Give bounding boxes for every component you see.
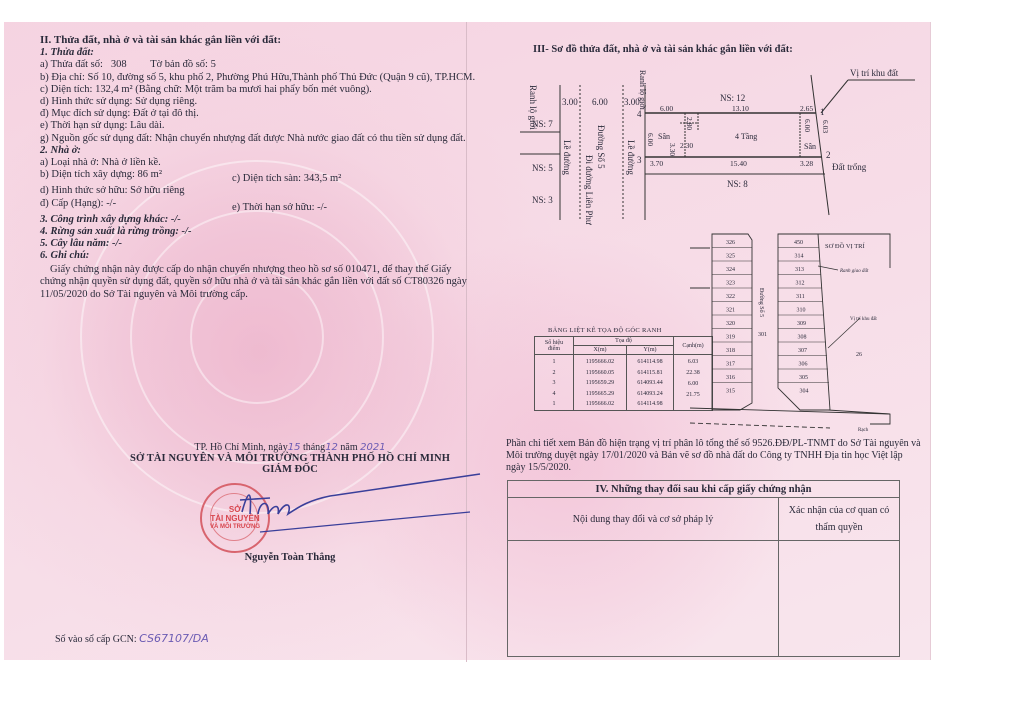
svg-text:26: 26 bbox=[856, 352, 862, 358]
svg-text:3.30: 3.30 bbox=[668, 143, 677, 156]
house-grade: đ) Cấp (Hạng): -/- bbox=[40, 198, 232, 214]
svg-text:3.28: 3.28 bbox=[800, 159, 813, 168]
svg-text:NS: 5: NS: 5 bbox=[532, 163, 553, 173]
build-area: b) Diện tích xây dựng: 86 m² bbox=[40, 169, 232, 185]
reference-note: Phần chi tiết xem Bản đồ hiện trạng vị t… bbox=[506, 438, 921, 474]
issue-date: TP. Hồ Chí Minh, ngày15 tháng12 năm 2021 bbox=[120, 442, 460, 453]
svg-text:315: 315 bbox=[726, 389, 735, 395]
address: b) Địa chỉ: Số 10, đường số 5, khu phố 2… bbox=[40, 72, 470, 84]
svg-text:323: 323 bbox=[726, 281, 735, 287]
svg-text:3: 3 bbox=[637, 155, 642, 165]
svg-text:314: 314 bbox=[795, 254, 804, 260]
svg-text:309: 309 bbox=[797, 321, 806, 327]
svg-text:317: 317 bbox=[726, 362, 735, 368]
svg-text:Ranh giao đất: Ranh giao đất bbox=[839, 269, 869, 274]
section-2-title: II. Thửa đất, nhà ở và tài sản khác gắn … bbox=[40, 34, 470, 46]
land-area: c) Diện tích: 132,4 m² (Bằng chữ: Một tr… bbox=[40, 84, 470, 96]
issuing-organization: SỞ TÀI NGUYÊN VÀ MÔI TRƯỜNG THÀNH PHỐ HỒ… bbox=[120, 453, 460, 464]
svg-text:305: 305 bbox=[799, 375, 808, 381]
use-purpose: đ) Mục đích sử dụng: Đất ở tại đô thị. bbox=[40, 108, 470, 120]
svg-text:6.00: 6.00 bbox=[803, 119, 812, 132]
svg-text:4 Tầng: 4 Tầng bbox=[735, 132, 757, 141]
floor-area: c) Diện tích sàn: 343,5 m² bbox=[232, 169, 341, 185]
svg-text:Rạch: Rạch bbox=[858, 428, 869, 433]
other-works: 3. Công trình xây dựng khác: -/- bbox=[40, 214, 470, 226]
svg-text:301: 301 bbox=[758, 332, 767, 338]
house-type: a) Loại nhà ở: Nhà ở liền kề. bbox=[40, 157, 470, 169]
svg-text:306: 306 bbox=[799, 362, 808, 368]
svg-text:Lề đường: Lề đường bbox=[626, 140, 636, 175]
svg-text:15.40: 15.40 bbox=[730, 159, 747, 168]
ownership-form: d) Hình thức sở hữu: Sở hữu riêng bbox=[40, 185, 470, 197]
svg-text:Đường Số 5: Đường Số 5 bbox=[596, 125, 606, 169]
svg-text:Đi đường Liên Phường: Đi đường Liên Phường bbox=[584, 155, 594, 225]
svg-text:308: 308 bbox=[798, 335, 807, 341]
svg-text:318: 318 bbox=[726, 348, 735, 354]
svg-text:2.65: 2.65 bbox=[800, 104, 813, 113]
svg-text:316: 316 bbox=[726, 375, 735, 381]
svg-text:6.00: 6.00 bbox=[592, 97, 608, 107]
svg-text:6.00: 6.00 bbox=[646, 133, 655, 146]
col-point: Số hiệu điểm bbox=[535, 337, 574, 355]
svg-text:Sân: Sân bbox=[804, 142, 816, 151]
svg-text:322: 322 bbox=[726, 294, 735, 300]
svg-text:3.00: 3.00 bbox=[562, 97, 578, 107]
svg-text:311: 311 bbox=[796, 294, 805, 300]
svg-text:312: 312 bbox=[796, 281, 805, 287]
svg-text:310: 310 bbox=[797, 308, 806, 314]
svg-text:Vị trí khu đất: Vị trí khu đất bbox=[850, 317, 877, 322]
handwritten-signature bbox=[230, 470, 490, 540]
perennial-trees: 5. Cây lâu năm: -/- bbox=[40, 238, 470, 250]
svg-text:NS: 12: NS: 12 bbox=[720, 93, 745, 103]
section-3-title: III- Sơ đồ thửa đất, nhà ở và tài sản kh… bbox=[533, 44, 793, 55]
svg-text:Vị trí khu đất: Vị trí khu đất bbox=[850, 68, 899, 78]
svg-text:Đất trống: Đất trống bbox=[832, 162, 867, 172]
signer-name: Nguyễn Toàn Thắng bbox=[120, 552, 460, 563]
svg-text:3.70: 3.70 bbox=[650, 159, 663, 168]
svg-text:1: 1 bbox=[820, 107, 825, 117]
parcel-plan: Ranh lộ giới Ranh lộ giới Lề đường Lề đư… bbox=[520, 55, 920, 225]
use-term: e) Thời hạn sử dụng: Lâu dài. bbox=[40, 120, 470, 132]
use-form: d) Hình thức sử dụng: Sử dụng riêng. bbox=[40, 96, 470, 108]
section-4-title: IV. Những thay đổi sau khi cấp giấy chứn… bbox=[508, 481, 900, 498]
changes-content-cell bbox=[508, 541, 779, 657]
svg-text:307: 307 bbox=[798, 348, 807, 354]
svg-text:13.10: 13.10 bbox=[732, 104, 749, 113]
svg-text:450: 450 bbox=[794, 240, 803, 246]
svg-text:2.30: 2.30 bbox=[680, 141, 693, 150]
land-heading: 1. Thửa đất: bbox=[40, 47, 470, 59]
svg-text:319: 319 bbox=[726, 335, 735, 341]
svg-text:6.03: 6.03 bbox=[821, 120, 830, 133]
svg-text:SƠ ĐỒ VỊ TRÍ: SƠ ĐỒ VỊ TRÍ bbox=[825, 242, 865, 250]
ownership-term: e) Thời hạn sở hữu: -/- bbox=[232, 198, 327, 214]
forest: 4. Rừng sản xuất là rừng trồng: -/- bbox=[40, 226, 470, 238]
svg-text:326: 326 bbox=[726, 240, 735, 246]
notes-heading: 6. Ghi chú: bbox=[40, 250, 470, 262]
col-change-content: Nội dung thay đổi và cơ sở pháp lý bbox=[508, 498, 779, 541]
svg-text:3.00: 3.00 bbox=[624, 97, 640, 107]
section-2: II. Thửa đất, nhà ở và tài sản khác gắn … bbox=[40, 34, 470, 301]
changes-table: IV. Những thay đổi sau khi cấp giấy chứn… bbox=[507, 480, 900, 657]
svg-text:2.80: 2.80 bbox=[685, 117, 694, 130]
svg-text:4: 4 bbox=[637, 109, 642, 119]
svg-text:NS: 7: NS: 7 bbox=[532, 119, 553, 129]
svg-text:Sân: Sân bbox=[658, 132, 670, 141]
svg-text:2: 2 bbox=[826, 150, 831, 160]
svg-text:321: 321 bbox=[726, 308, 735, 314]
svg-text:325: 325 bbox=[726, 254, 735, 260]
house-heading: 2. Nhà ở: bbox=[40, 145, 470, 157]
svg-text:324: 324 bbox=[726, 267, 735, 273]
parcel-number: a) Thửa đất số: 308 Tờ bản đồ số: 5 bbox=[40, 59, 470, 71]
location-map: 326325324323322321320319318317316315 450… bbox=[690, 228, 910, 438]
svg-text:NS: 8: NS: 8 bbox=[727, 179, 748, 189]
svg-text:313: 313 bbox=[795, 267, 804, 273]
svg-text:Đường Số 5: Đường Số 5 bbox=[758, 288, 765, 317]
land-origin: g) Nguồn gốc sử dụng đất: Nhận chuyển nh… bbox=[40, 133, 470, 145]
svg-text:304: 304 bbox=[800, 389, 809, 395]
authority-confirmation-cell bbox=[779, 541, 900, 657]
table-row: 1 1195666.02 614114.98 6.03 22.38 6.00 2… bbox=[535, 355, 713, 368]
svg-text:6.00: 6.00 bbox=[660, 104, 673, 113]
notes-text: Giấy chứng nhận này được cấp do nhận chu… bbox=[40, 264, 470, 302]
coords-table: Số hiệu điểm Tọa độ Cạnh(m) X(m) Y(m) 1 … bbox=[534, 336, 713, 411]
svg-text:320: 320 bbox=[726, 321, 735, 327]
svg-text:Lề đường: Lề đường bbox=[562, 140, 572, 175]
coords-table-title: BẢNG LIỆT KÊ TỌA ĐỘ GÓC RANH bbox=[548, 327, 662, 334]
col-authority-confirmation: Xác nhận của cơ quan có thẩm quyền bbox=[779, 498, 900, 541]
registry-number: Số vào sổ cấp GCN: CS67107/DA bbox=[55, 632, 209, 645]
svg-text:NS: 3: NS: 3 bbox=[532, 195, 553, 205]
